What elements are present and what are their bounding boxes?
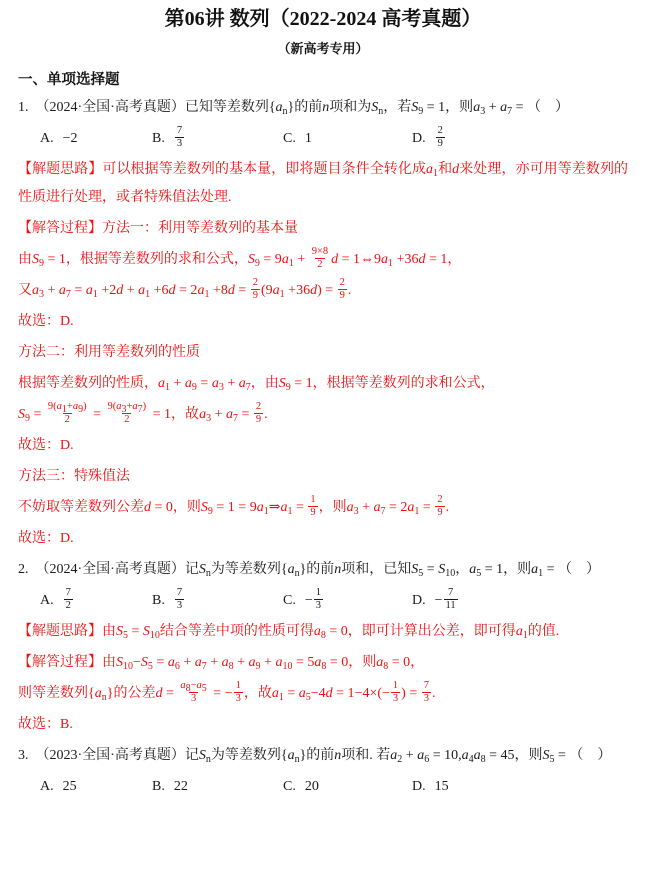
q1-options: A.−2 B.73 C.1 D.29 (18, 125, 628, 153)
q3-options: A.25 B.22 C.20 D.15 (18, 773, 628, 801)
q1-solution-line-10: 不妨取等差数列公差d = 0，则S9 = 1 = 9a1⇒a1 = 19，则a3… (18, 494, 628, 522)
q1-analysis: 【解题思路】可以根据等差数列的基本量，即将题目条件全转化成a1和d来处理，亦可用… (18, 156, 628, 212)
q1-solution-line-1: 【解答过程】方法一：利用等差数列的基本量 (18, 215, 628, 243)
q1-option-b: B.73 (152, 125, 283, 153)
q1-solution-line-6: 根据等差数列的性质，a1 + a9 = a3 + a7，由S9 = 1，根据等差… (18, 370, 628, 398)
option-label: D. (412, 593, 426, 608)
q1-solution-line-9: 方法三：特殊值法 (18, 463, 628, 491)
q2-solution-line-2: 则等差数列{an}的公差d = a8−a53 = −13，故a1 = a5−4d… (18, 680, 628, 708)
q1-option-d: D.29 (412, 125, 628, 153)
q3-option-b: B.22 (152, 773, 283, 801)
option-value: 72 (63, 593, 74, 608)
q1-stem: 1. （2024·全国·高考真题）已知等差数列{an}的前n项和为Sn，若S9 … (18, 94, 628, 122)
question-3: 3. （2023·全国·高考真题）记Sn为等差数列{an}的前n项和. 若a2 … (18, 742, 628, 801)
question-2: 2. （2024·全国·高考真题）记Sn为等差数列{an}的前n项和，已知S5 … (18, 556, 628, 739)
q2-options: A.72 B.73 C.−13 D.−711 (18, 587, 628, 615)
q3-option-c: C.20 (283, 773, 412, 801)
q2-analysis: 【解题思路】由S5 = S10结合等差中项的性质可得a8 = 0，即可计算出公差… (18, 618, 628, 646)
option-label: A. (40, 593, 54, 608)
q1-solution-line-7: S9 = 9(a1+a9)2 = 9(a3+a7)2 = 1，故a3 + a7 … (18, 401, 628, 429)
q3-option-d: D.15 (412, 773, 628, 801)
q2-option-d: D.−711 (412, 587, 628, 615)
section-heading: 一、单项选择题 (18, 70, 628, 90)
q1-solution-line-4: 故选：D. (18, 308, 628, 336)
q1-solution-line-11: 故选：D. (18, 525, 628, 553)
option-label: B. (152, 593, 165, 608)
question-1: 1. （2024·全国·高考真题）已知等差数列{an}的前n项和为Sn，若S9 … (18, 94, 628, 553)
option-value: −711 (435, 593, 459, 608)
option-value: 25 (63, 779, 77, 794)
option-label: D. (412, 779, 426, 794)
option-value: 22 (174, 779, 188, 794)
option-label: B. (152, 779, 165, 794)
document-page: 第06讲 数列（2022-2024 高考真题） （新高考专用） 一、单项选择题 … (0, 0, 646, 801)
option-value: −13 (305, 593, 324, 608)
q1-solution-line-5: 方法二：利用等差数列的性质 (18, 339, 628, 367)
option-label: A. (40, 779, 54, 794)
option-label: C. (283, 131, 296, 146)
q1-option-c: C.1 (283, 125, 412, 153)
option-label: C. (283, 593, 296, 608)
option-value: −2 (63, 131, 78, 146)
option-label: C. (283, 779, 296, 794)
page-title: 第06讲 数列（2022-2024 高考真题） (18, 6, 628, 32)
option-label: B. (152, 131, 165, 146)
page-subtitle: （新高考专用） (18, 40, 628, 58)
q2-option-b: B.73 (152, 587, 283, 615)
q2-option-a: A.72 (40, 587, 152, 615)
q2-solution-line-3: 故选：B. (18, 711, 628, 739)
option-value: 15 (435, 779, 449, 794)
q1-solution-line-2: 由S9 = 1，根据等差数列的求和公式，S9 = 9a1 + 9×82d = 1… (18, 246, 628, 274)
option-label: D. (412, 131, 426, 146)
option-label: A. (40, 131, 54, 146)
q1-solution-line-3: 又a3 + a7 = a1 +2d + a1 +6d = 2a1 +8d = 2… (18, 277, 628, 305)
option-value: 73 (174, 131, 185, 146)
q1-option-a: A.−2 (40, 125, 152, 153)
option-value: 1 (305, 131, 312, 146)
q2-option-c: C.−13 (283, 587, 412, 615)
q2-solution-line-1: 【解答过程】由S10−S5 = a6 + a7 + a8 + a9 + a10 … (18, 649, 628, 677)
q2-stem: 2. （2024·全国·高考真题）记Sn为等差数列{an}的前n项和，已知S5 … (18, 556, 628, 584)
option-value: 73 (174, 593, 185, 608)
q1-solution-line-8: 故选：D. (18, 432, 628, 460)
q3-stem: 3. （2023·全国·高考真题）记Sn为等差数列{an}的前n项和. 若a2 … (18, 742, 628, 770)
option-value: 29 (435, 131, 446, 146)
q3-option-a: A.25 (40, 773, 152, 801)
option-value: 20 (305, 779, 319, 794)
